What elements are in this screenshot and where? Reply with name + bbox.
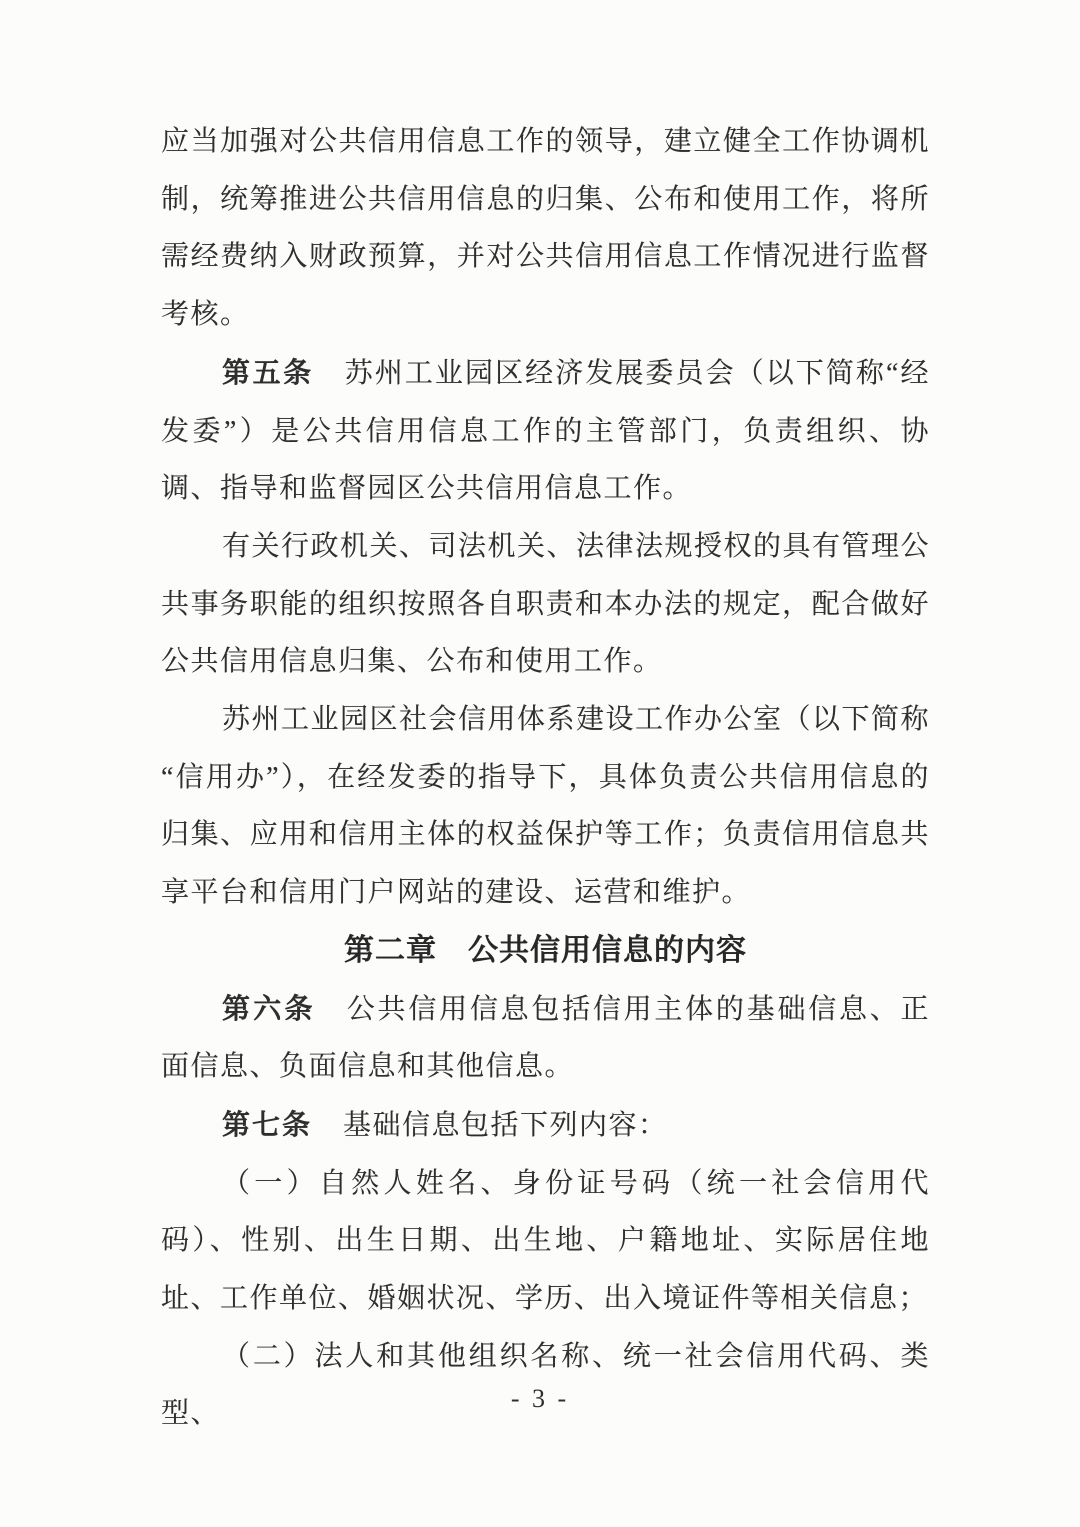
paragraph-credit-office: 苏州工业园区社会信用体系建设工作办公室（以下简称“信用办”），在经发委的指导下，… [161,691,930,922]
article-6-label: 第六条 [222,993,316,1024]
article-7-label: 第七条 [222,1109,312,1140]
article-6-paragraph: 第六条公共信用信息包括信用主体的基础信息、正面信息、负面信息和其他信息。 [161,980,930,1096]
article-5-paragraph: 第五条苏州工业园区经济发展委员会（以下简称“经发委”）是公共信用信息工作的主管部… [161,344,930,518]
document-page: 应当加强对公共信用信息工作的领导，建立健全工作协调机制，统筹推进公共信用信息的归… [0,0,1080,1527]
paragraph-agencies: 有关行政机关、司法机关、法律法规授权的具有管理公共事务职能的组织按照各自职责和本… [161,518,930,691]
paragraph-continuation: 应当加强对公共信用信息工作的领导，建立健全工作协调机制，统筹推进公共信用信息的归… [161,113,930,344]
article-5-label: 第五条 [222,357,314,388]
page-number: - 3 - [511,1384,569,1413]
chapter-2-heading: 第二章 公共信用信息的内容 [161,922,930,980]
list-item-one: （一）自然人姓名、身份证号码（统一社会信用代码）、性别、出生日期、出生地、户籍地… [161,1155,930,1328]
article-7-text: 基础信息包括下列内容： [343,1110,668,1141]
document-body: 应当加强对公共信用信息工作的领导，建立健全工作协调机制，统筹推进公共信用信息的归… [161,113,930,1443]
article-7-paragraph: 第七条基础信息包括下列内容： [161,1096,930,1155]
page-footer: - 3 - [0,1384,1080,1414]
